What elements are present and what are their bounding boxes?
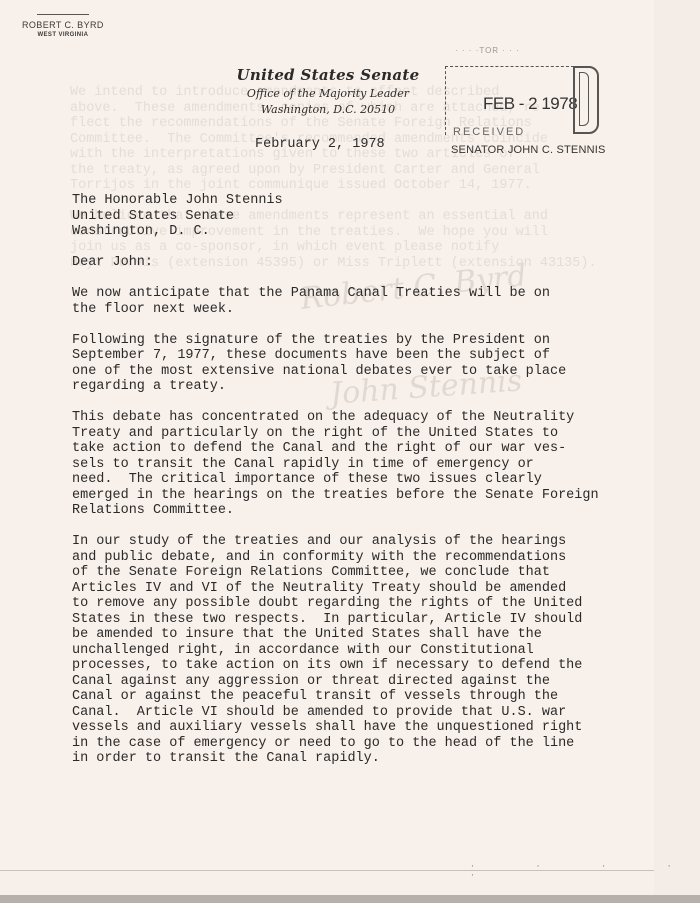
addressee-line: The Honorable John Stennis bbox=[72, 193, 283, 208]
letter-body: The Honorable John Stennis United States… bbox=[72, 193, 632, 782]
letterhead-office: Office of the Majority Leader bbox=[228, 87, 428, 100]
sender-rule bbox=[37, 14, 89, 15]
addressee-line: United States Senate bbox=[72, 209, 234, 224]
sender-state: WEST VIRGINIA bbox=[22, 32, 104, 38]
paragraph: In our study of the treaties and our ana… bbox=[72, 534, 632, 767]
paragraph: This debate has concentrated on the adeq… bbox=[72, 410, 632, 519]
scan-bottom-edge bbox=[0, 895, 700, 903]
stamp-date: FEB - 2 1978 bbox=[483, 94, 577, 114]
received-stamp: · · · ·TOR · · · FEB - 2 1978 RECEIVED S… bbox=[445, 60, 601, 160]
letterhead: United States Senate Office of the Major… bbox=[228, 66, 428, 116]
sender-name: ROBERT C. BYRD bbox=[22, 20, 104, 30]
stamp-header: · · · ·TOR · · · bbox=[455, 46, 520, 55]
sender-block: ROBERT C. BYRD WEST VIRGINIA bbox=[22, 14, 104, 38]
addressee-line: Washington, D. C. bbox=[72, 224, 210, 239]
stamp-received: RECEIVED bbox=[453, 126, 525, 138]
paragraph: Following the signature of the treaties … bbox=[72, 333, 632, 395]
addressee-block: The Honorable John Stennis United States… bbox=[72, 193, 632, 240]
letterhead-senate: United States Senate bbox=[228, 66, 428, 84]
salutation: Dear John: bbox=[72, 255, 632, 271]
letterhead-address: Washington, D.C. 20510 bbox=[228, 103, 428, 116]
stamp-letter-d bbox=[573, 66, 599, 134]
letter-date: February 2, 1978 bbox=[255, 137, 385, 152]
paragraph: We now anticipate that the Panama Canal … bbox=[72, 286, 632, 317]
underlying-page-edge bbox=[654, 0, 700, 903]
stamp-owner: SENATOR JOHN C. STENNIS bbox=[451, 144, 606, 156]
paper-specks: · · · · · bbox=[470, 862, 700, 880]
